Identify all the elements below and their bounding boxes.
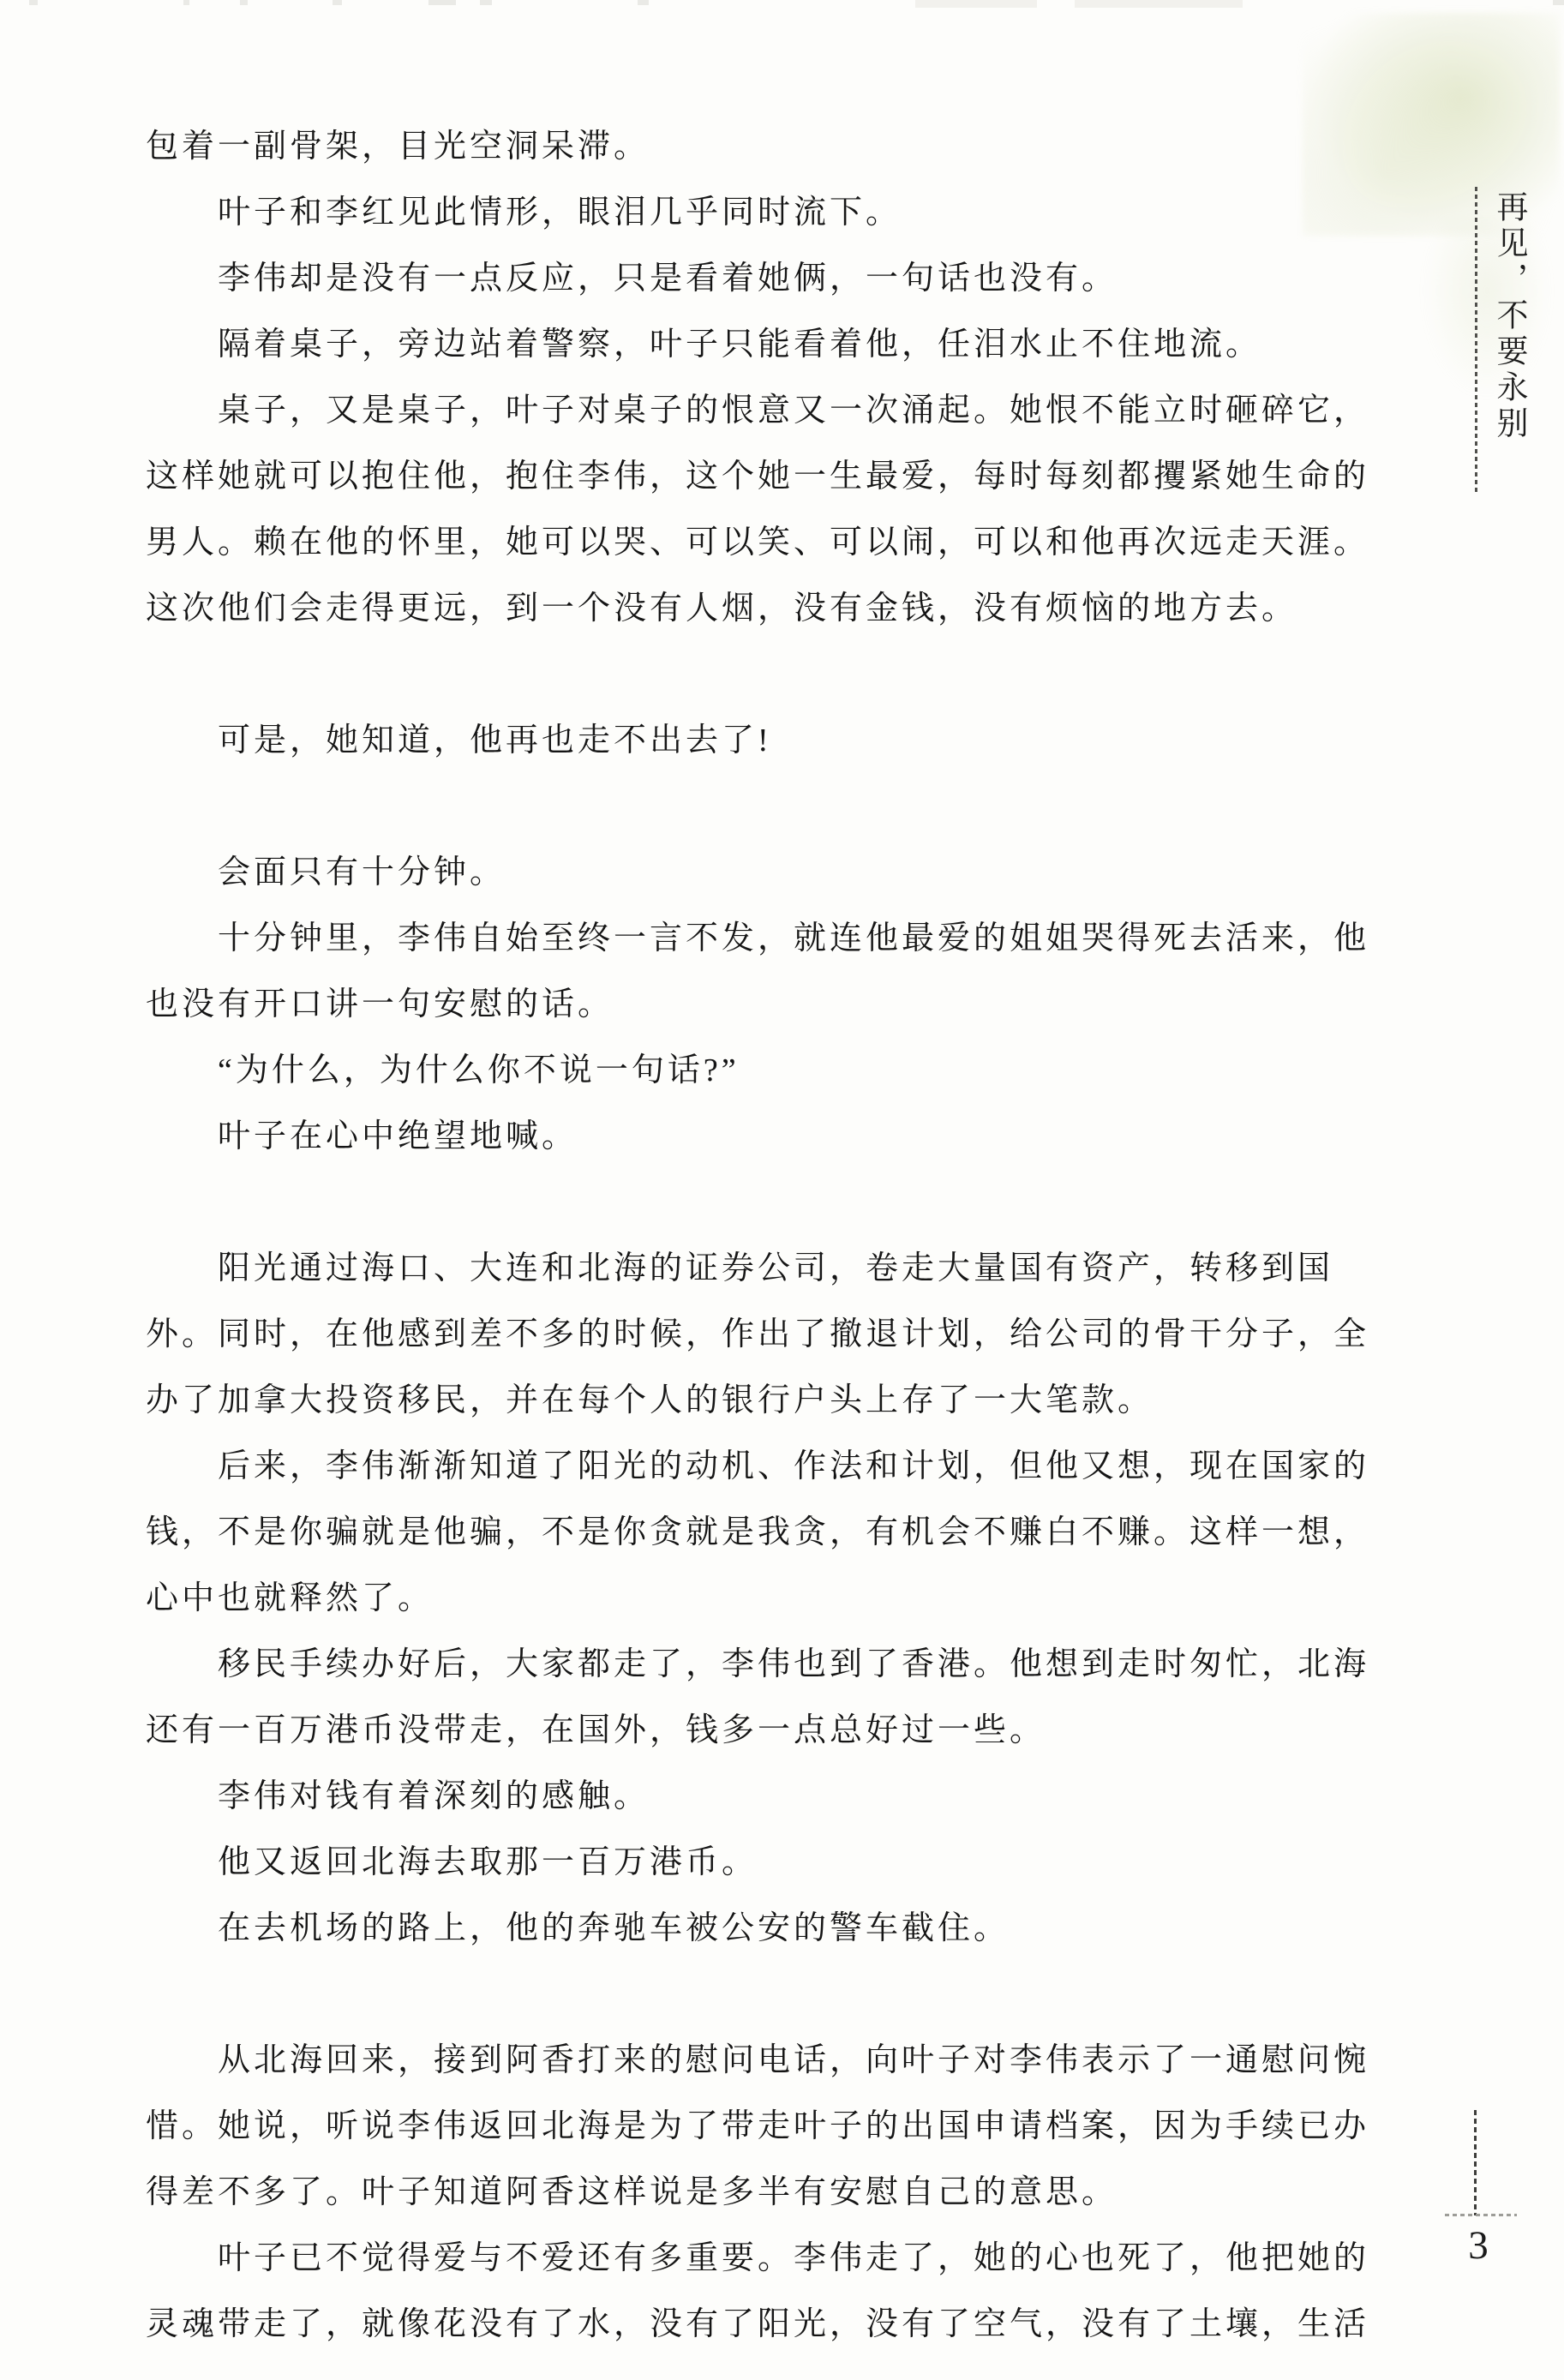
text-line: 这次他们会走得更远，到一个没有人烟，没有金钱，没有烦恼的地方去。 <box>146 576 1388 642</box>
text-line: 隔着桌子，旁边站着警察，叶子只能看着他，任泪水止不住地流。 <box>146 312 1388 378</box>
text-line: 他又返回北海去取那一百万港币。 <box>146 1830 1388 1896</box>
text-line: 后来，李伟渐渐知道了阳光的动机、作法和计划，但他又想，现在国家的 <box>146 1434 1388 1500</box>
text-line: 钱，不是你骗就是他骗，不是你贪就是我贪，有机会不赚白不赚。这样一想， <box>146 1500 1388 1566</box>
text-line: 会面只有十分钟。 <box>146 840 1388 906</box>
text-line: 阳光通过海口、大连和北海的证券公司，卷走大量国有资产，转移到国 <box>146 1236 1388 1302</box>
text-line: 包着一副骨架，目光空洞呆滞。 <box>146 114 1388 180</box>
scan-artifact <box>183 0 189 5</box>
text-line: 叶子已不觉得爱与不爱还有多重要。李伟走了，她的心也死了，他把她的 <box>146 2226 1388 2292</box>
text-line: 惜。她说，听说李伟返回北海是为了带走叶子的出国申请档案，因为手续已办 <box>146 2094 1388 2160</box>
text-line: 李伟对钱有着深刻的感触。 <box>146 1764 1388 1830</box>
book-page: { "page": { "sidebar_title": "再见，不要永别", … <box>0 0 1564 2380</box>
scan-artifact <box>480 0 492 5</box>
scan-artifact <box>240 0 248 5</box>
blank-line <box>146 1170 1388 1236</box>
sidebar-dotted-rule <box>1475 187 1477 495</box>
text-line: 男人。赖在他的怀里，她可以哭、可以笑、可以闹，可以和他再次远走天涯。 <box>146 510 1388 576</box>
text-line: 桌子，又是桌子，叶子对桌子的恨意又一次涌起。她恨不能立时砸碎它， <box>146 378 1388 444</box>
scan-artifact <box>638 0 649 5</box>
text-line: 叶子和李红见此情形，眼泪几乎同时流下。 <box>146 180 1388 246</box>
text-line: 心中也就释然了。 <box>146 1566 1388 1632</box>
scan-artifact <box>1553 0 1564 5</box>
text-line: 这样她就可以抱住他，抱住李伟，这个她一生最爱，每时每刻都攫紧她生命的 <box>146 444 1388 510</box>
scan-artifact <box>29 0 38 5</box>
scan-artifact <box>1075 0 1243 8</box>
text-line: 在去机场的路上，他的奔驰车被公安的警车截住。 <box>146 1896 1388 1962</box>
scan-artifact <box>915 0 1037 8</box>
text-line: 得差不多了。叶子知道阿香这样说是多半有安慰自己的意思。 <box>146 2160 1388 2226</box>
footer-rule-horizontal <box>1445 2214 1517 2216</box>
footer-rule-vertical <box>1474 2110 1477 2215</box>
text-line: 灵魂带走了，就像花没有了水，没有了阳光，没有了空气，没有了土壤，生活 <box>146 2292 1388 2358</box>
text-line: 李伟却是没有一点反应，只是看着她俩，一句话也没有。 <box>146 246 1388 312</box>
blank-line <box>146 1962 1388 2028</box>
text-line: 也没有开口讲一句安慰的话。 <box>146 972 1388 1038</box>
scan-artifact <box>333 0 342 5</box>
text-line: 从北海回来，接到阿香打来的慰问电话，向叶子对李伟表示了一通慰问惋 <box>146 2028 1388 2094</box>
text-line: “为什么，为什么你不说一句话?” <box>146 1038 1388 1104</box>
text-line: 移民手续办好后，大家都走了，李伟也到了香港。他想到走时匆忙，北海 <box>146 1632 1388 1698</box>
text-line: 外。同时，在他感到差不多的时候，作出了撤退计划，给公司的骨干分子，全 <box>146 1302 1388 1368</box>
text-line: 十分钟里，李伟自始至终一言不发，就连他最爱的姐姐哭得死去活来，他 <box>146 906 1388 972</box>
running-title-vertical: 再见，不要永别 <box>1485 190 1531 465</box>
blank-line <box>146 774 1388 840</box>
scan-artifact <box>428 0 456 5</box>
text-line: 可是，她知道，他再也走不出去了! <box>146 708 1388 774</box>
text-line: 还有一百万港币没带走，在国外，钱多一点总好过一些。 <box>146 1698 1388 1764</box>
body-text-block: 包着一副骨架，目光空洞呆滞。叶子和李红见此情形，眼泪几乎同时流下。李伟却是没有一… <box>146 114 1388 2358</box>
text-line: 叶子在心中绝望地喊。 <box>146 1104 1388 1170</box>
page-number: 3 <box>1457 2220 1500 2271</box>
text-line: 办了加拿大投资移民，并在每个人的银行户头上存了一大笔款。 <box>146 1368 1388 1434</box>
blank-line <box>146 642 1388 708</box>
